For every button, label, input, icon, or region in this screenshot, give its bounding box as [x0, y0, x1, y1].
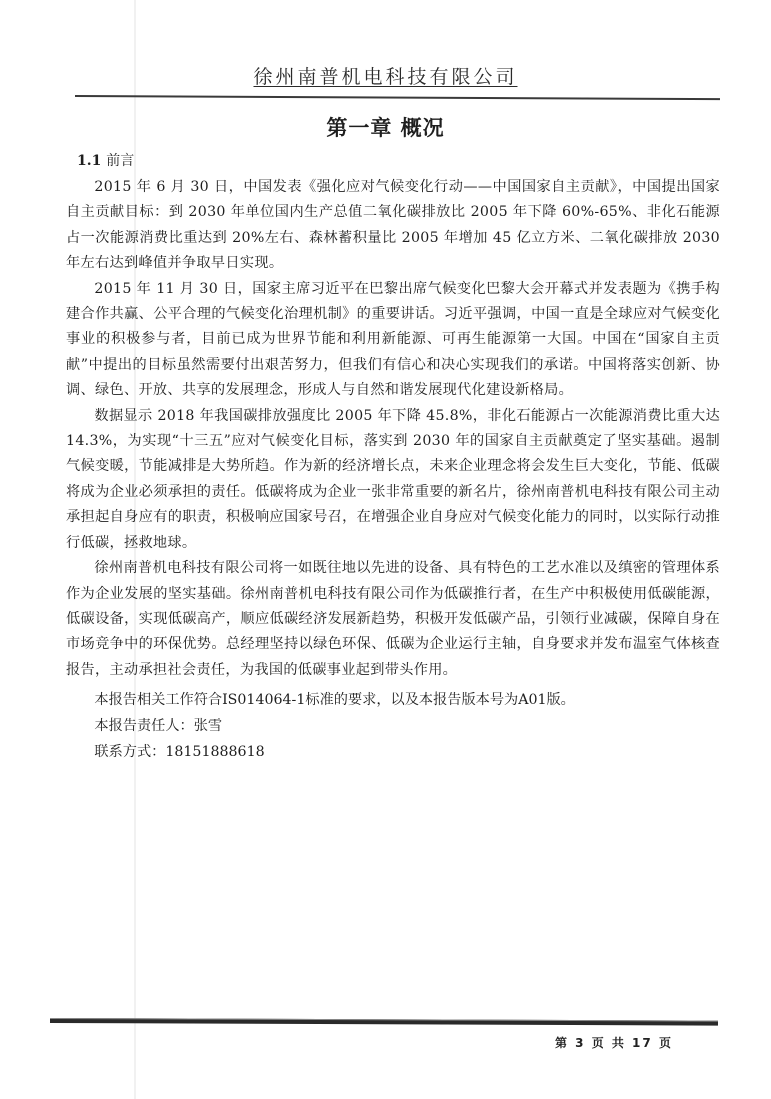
document-body: 2015 年 6 月 30 日，中国发表《强化应对气候变化行动——中国国家自主贡…: [66, 175, 720, 765]
section-number: 1.1: [77, 153, 101, 169]
paragraph-emission-data: 数据显示 2018 年我国碳排放强度比 2005 年下降 45.8%，非化石能源…: [66, 404, 720, 556]
contact-line: 联系方式：18151888618: [66, 739, 720, 765]
footer-divider: [50, 1018, 718, 1026]
chapter-title: 第一章 概况: [0, 112, 771, 142]
company-name: 徐州南普机电科技有限公司: [253, 66, 517, 88]
section-heading: 1.1 前言: [77, 150, 134, 170]
header-divider: [75, 95, 720, 100]
contact-phone: 18151888618: [165, 744, 264, 760]
responsible-person-line: 本报告责任人：张雪: [66, 713, 720, 739]
contact-label: 联系方式：: [94, 744, 165, 760]
standard-statement: 本报告相关工作符合IS014064-1标准的要求，以及本报告版本号为A01版。: [66, 687, 720, 713]
page-header: 徐州南普机电科技有限公司: [0, 62, 771, 89]
responsible-person: 张雪: [194, 718, 222, 734]
paragraph-paris-speech: 2015 年 11 月 30 日，国家主席习近平在巴黎出席气候变化巴黎大会开幕式…: [66, 277, 720, 404]
paragraph-ndc: 2015 年 6 月 30 日，中国发表《强化应对气候变化行动——中国国家自主贡…: [66, 175, 720, 277]
responsible-label: 本报告责任人：: [94, 718, 193, 734]
page-number: 第 3 页 共 17 页: [555, 1034, 673, 1051]
paragraph-company-commitment: 徐州南普机电科技有限公司将一如既往地以先进的设备、具有特色的工艺水准以及缜密的管…: [66, 556, 720, 683]
section-title: 前言: [106, 153, 134, 169]
